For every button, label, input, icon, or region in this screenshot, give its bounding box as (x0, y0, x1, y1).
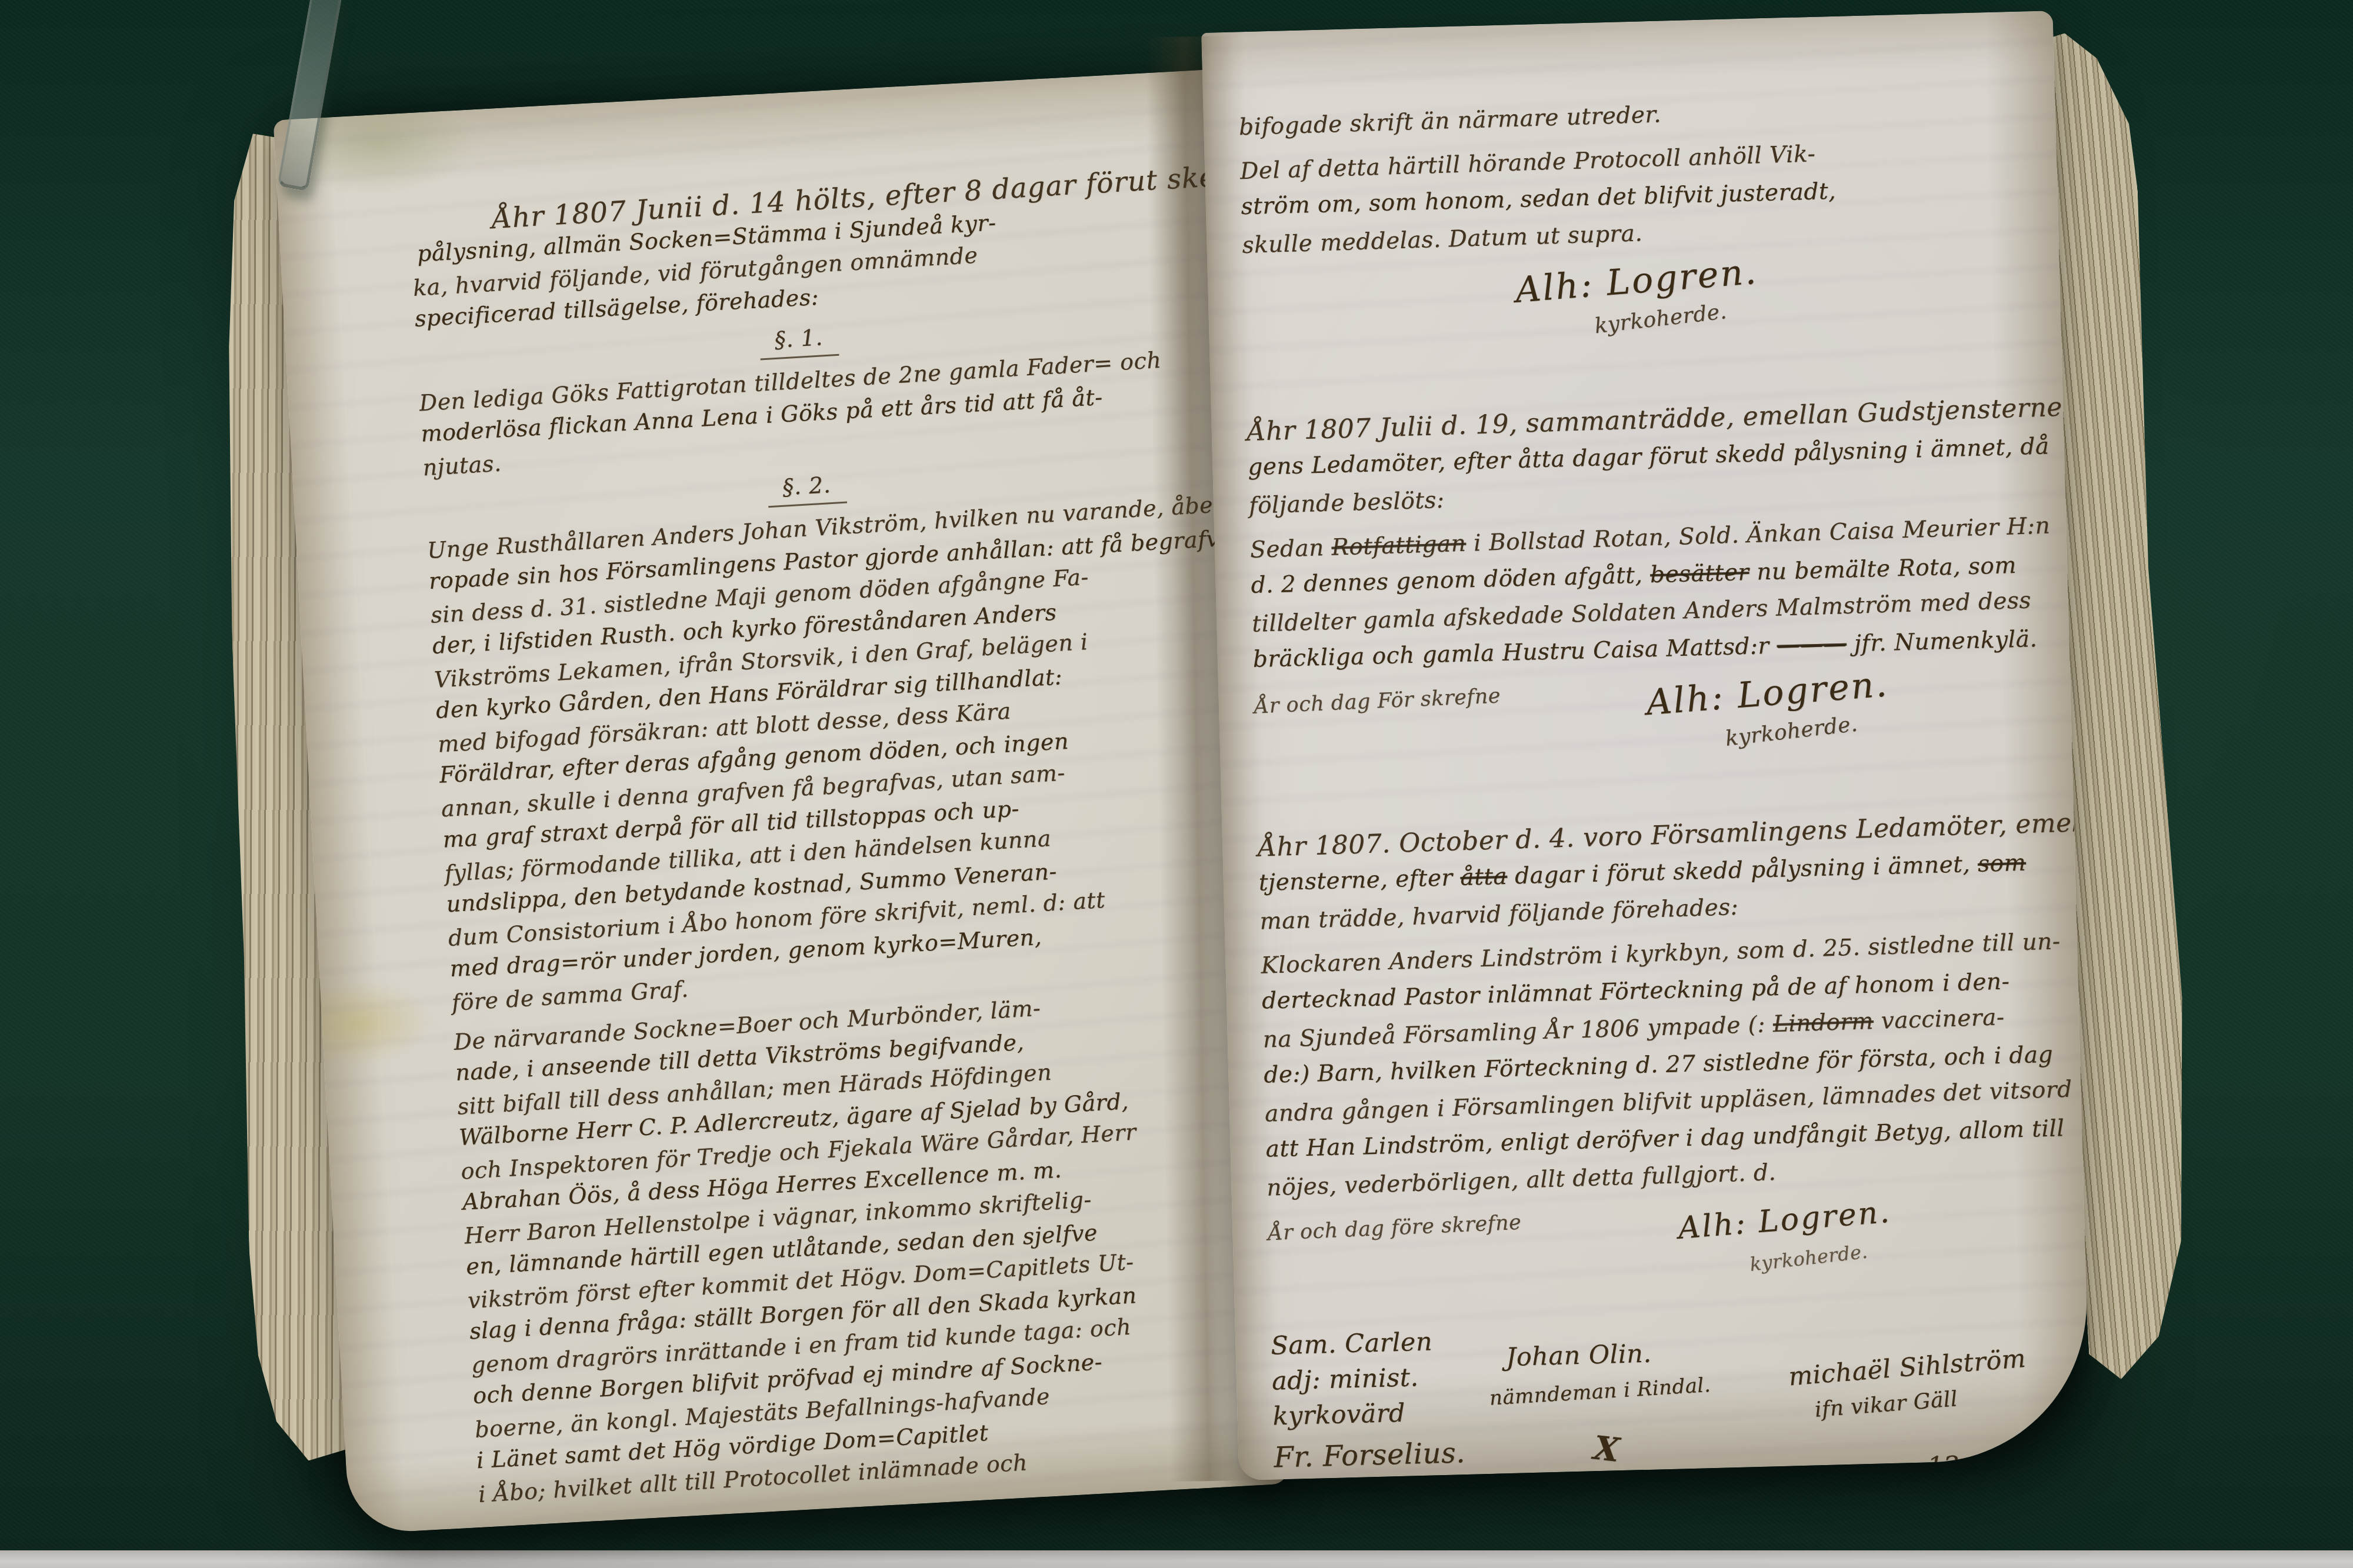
text-segment: Sedan (1249, 535, 1332, 563)
manuscript-line: §. 1. (758, 321, 839, 361)
signer-column: Fr. Forselius.Capellan (1274, 1434, 1484, 1480)
manuscript-line: §. 2. (766, 468, 847, 508)
dateline: År och dag före skrefne (1267, 1205, 1522, 1253)
struck-word: åtta (1460, 863, 1508, 891)
signature: Alh: Logren.kyrkoherde. (1514, 253, 1762, 349)
signature: Alh: Logren.kyrkoherde. (1677, 1194, 1896, 1287)
table-edge-strip (0, 1550, 2353, 1568)
block-entry: Åhr 1807 Julii d. 19, sammanträdde, emel… (1247, 391, 2031, 523)
block-attest: Alh: Logren.kyrkoherde. (1243, 250, 2028, 360)
dateline: År och dag För skrefne (1254, 678, 1502, 725)
struck-word: besätter (1650, 559, 1750, 588)
block-attest-sm: År och dag före skrefneAlh: Logren.kyrko… (1268, 1193, 2052, 1303)
block-sigrow: Sam. Carlenadj: minist.kyrkovärdJohan Ol… (1271, 1308, 2055, 1437)
text-segment: nu bemälte Rota, som (1749, 552, 2017, 586)
struck-word: Rotfattigan (1331, 531, 1467, 561)
left-page[interactable]: Åhr 1807 Junii d. 14 hölts, efter 8 daga… (273, 69, 1289, 1534)
block-attest: År och dag För skrefneAlh: Logren.kyrkoh… (1254, 666, 2038, 776)
right-page-text: bifogade skrift än närmare utreder.Del a… (1238, 87, 2057, 1481)
signer-line: kyrkovärd (1272, 1393, 1508, 1434)
signer-line: adj: minist. (1271, 1357, 1507, 1399)
signer-column: michaël Sihlströmifn vikar Gäll (1784, 1301, 2058, 1430)
bomarke-mark: X (1592, 1430, 1621, 1468)
signature: Alh: Logren.kyrkoherde. (1645, 666, 1893, 761)
block-para: Del af detta härtill hörande Protocoll a… (1239, 131, 2024, 263)
struck-word: som (1978, 850, 2027, 878)
right-page[interactable]: bifogade skrift än närmare utreder.Del a… (1201, 11, 2091, 1480)
struck-word: ——— (1777, 631, 1847, 659)
signer-line: Sam. Carlen (1271, 1322, 1506, 1363)
text-segment: jfr. Numenkylä. (1846, 626, 2037, 657)
struck-word: Lindorm (1772, 1008, 1874, 1037)
block-entry: Åhr 1807. October d. 4. voro Församlinge… (1257, 807, 2042, 939)
signer-column: Johan Olin.nämndeman i Rindal. (1505, 1315, 1789, 1430)
text-segment: tjensterne, efter (1258, 865, 1461, 896)
block-para: Unge Rusthållaren Anders Johan Vikström,… (426, 492, 1217, 1017)
signer-column: Sam. Carlenadj: minist.kyrkovärd (1271, 1322, 1508, 1436)
text-segment: vaccinera- (1873, 1004, 2005, 1035)
text-segment: d. 2 dennes genom döden afgått, (1251, 562, 1651, 599)
signer-line: Fr. Forselius. (1274, 1434, 1482, 1475)
block-para: Klockaren Anders Lindström i kyrkbyn, so… (1261, 925, 2049, 1205)
left-page-text: Åhr 1807 Junii d. 14 hölts, efter 8 daga… (408, 158, 1243, 1509)
block-para: De närvarande Sockne=Boer och Murbönder,… (453, 983, 1243, 1509)
block-para: Sedan Rotfattigan i Bollstad Rotan, Sold… (1249, 509, 2035, 678)
